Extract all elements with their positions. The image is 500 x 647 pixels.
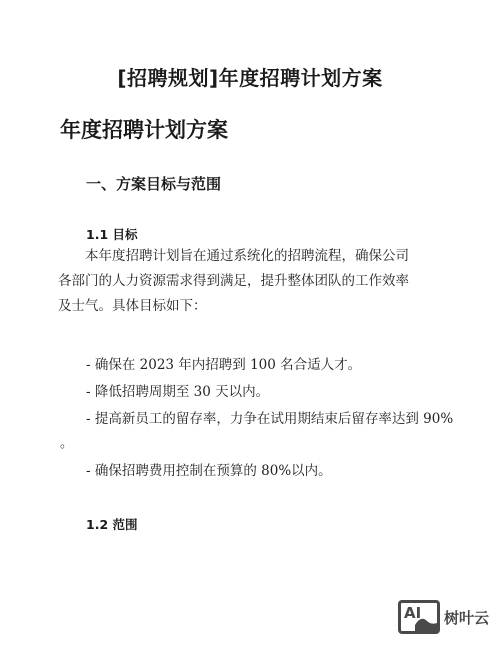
bullet-item: - 降低招聘周期至 30 天以内。 [86, 380, 269, 400]
subsection-heading-scope: 1.2 范围 [86, 515, 138, 533]
watermark-logo: AI 树叶云 [398, 600, 489, 634]
document-title: [招聘规划]年度招聘计划方案 [0, 62, 500, 91]
bullet-item: - 提高新员工的留存率，力争在试用期结束后留存率达到 90% [86, 407, 453, 427]
ai-image-icon: AI [398, 600, 440, 634]
section-heading: 一、方案目标与范围 [86, 173, 221, 194]
brand-name: 树叶云 [444, 607, 489, 628]
subsection-heading-goals: 1.1 目标 [86, 225, 138, 243]
orphan-punctuation: 。 [60, 432, 73, 451]
goals-paragraph: 本年度招聘计划旨在通过系统化的招聘流程，确保公司各部门的人力资源需求得到满足，提… [58, 244, 410, 319]
main-heading: 年度招聘计划方案 [60, 114, 228, 144]
bullet-item: - 确保招聘费用控制在预算的 80%以内。 [86, 459, 332, 479]
bullet-item: - 确保在 2023 年内招聘到 100 名合适人才。 [86, 353, 361, 373]
